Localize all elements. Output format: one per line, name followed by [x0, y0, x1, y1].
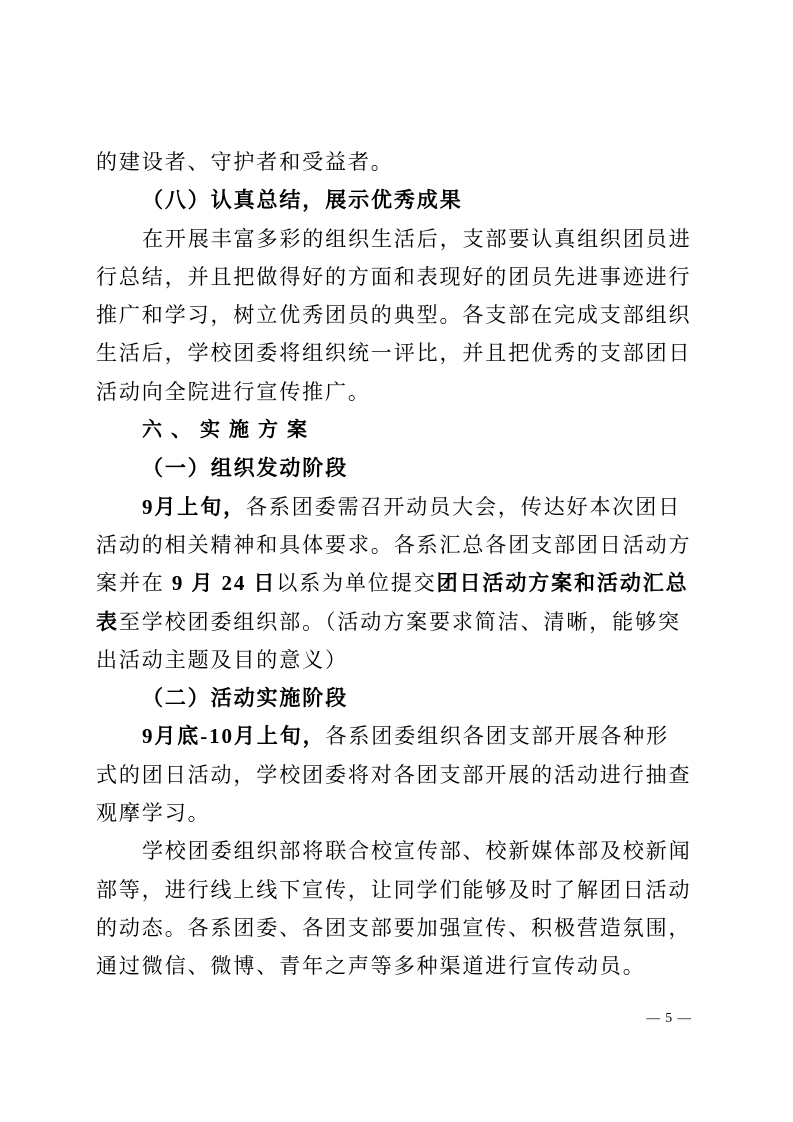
heading-line: （一）组织发动阶段: [96, 449, 696, 487]
text-line: 学校团委组织部将联合校宣传部、校新媒体部及校新闻: [96, 832, 696, 870]
heading-line: （八）认真总结，展示优秀成果: [96, 181, 696, 219]
text-run: 9月底-10月上旬，: [142, 724, 326, 748]
text-run: 表: [96, 610, 119, 634]
text-line: 式的团日活动，学校团委将对各团支部开展的活动进行抽查: [96, 756, 696, 794]
text-line: 活动的相关精神和具体要求。各系汇总各团支部团日活动方: [96, 526, 696, 564]
text-run: 式的团日活动，学校团委将对各团支部开展的活动进行抽查: [96, 763, 691, 787]
text-line: 9月上旬，各系团委需召开动员大会，传达好本次团日: [96, 488, 696, 526]
text-run: 活动向全院进行宣传推广。: [96, 380, 371, 404]
document-page: 的建设者、守护者和受益者。（八）认真总结，展示优秀成果在开展丰富多彩的组织生活后…: [0, 0, 793, 1122]
text-line: 活动向全院进行宣传推广。: [96, 373, 696, 411]
heading-line: 六、实施方案: [96, 411, 696, 449]
text-run: 的建设者、守护者和受益者。: [96, 150, 394, 174]
text-run: 各系团委需召开动员大会，传达好本次团日: [246, 495, 681, 519]
document-body: 的建设者、守护者和受益者。（八）认真总结，展示优秀成果在开展丰富多彩的组织生活后…: [96, 143, 696, 986]
text-run: 各系团委组织各团支部开展各种形: [326, 724, 670, 748]
page-number: — 5 —: [647, 1010, 693, 1026]
text-run: 生活后，学校团委将组织统一评比，并且把优秀的支部团日: [96, 341, 691, 365]
text-run: 通过微信、微博、青年之声等多种渠道进行宣传动员。: [96, 954, 646, 978]
text-line: 9月底-10月上旬，各系团委组织各团支部开展各种形: [96, 717, 696, 755]
text-line: 部等，进行线上线下宣传，让同学们能够及时了解团日活动: [96, 871, 696, 909]
text-line: 行总结，并且把做得好的方面和表现好的团员先进事迹进行: [96, 258, 696, 296]
text-run: 9月上旬，: [142, 495, 246, 519]
text-run: 以系为单位提交: [276, 571, 436, 595]
text-run: 至学校团委组织部。（活动方案要求简洁、清晰，能够突: [119, 610, 681, 634]
text-line: 的建设者、守护者和受益者。: [96, 143, 696, 181]
text-line: 在开展丰富多彩的组织生活后，支部要认真组织团员进: [96, 220, 696, 258]
text-run: 的动态。各系团委、各团支部要加强宣传、积极营造氛围，: [96, 916, 691, 940]
text-run: 9 月 24 日: [172, 571, 276, 595]
text-run: 活动的相关精神和具体要求。各系汇总各团支部团日活动方: [96, 533, 691, 557]
text-run: 出活动主题及目的意义）: [96, 648, 348, 672]
text-run: 团日活动方案和活动汇总: [437, 571, 689, 595]
text-line: 通过微信、微博、青年之声等多种渠道进行宣传动员。: [96, 947, 696, 985]
text-run: 推广和学习，树立优秀团员的典型。各支部在完成支部组织: [96, 303, 691, 327]
text-run: （八）认真总结，展示优秀成果: [142, 188, 463, 212]
text-run: 案并在: [96, 571, 172, 595]
text-run: 学校团委组织部将联合校宣传部、校新媒体部及校新闻: [142, 839, 692, 863]
text-line: 出活动主题及目的意义）: [96, 641, 696, 679]
text-line: 观摩学习。: [96, 794, 696, 832]
text-line: 生活后，学校团委将组织统一评比，并且把优秀的支部团日: [96, 334, 696, 372]
text-run: 行总结，并且把做得好的方面和表现好的团员先进事迹进行: [96, 265, 691, 289]
text-run: （二）活动实施阶段: [142, 686, 348, 710]
text-line: 案并在 9 月 24 日以系为单位提交团日活动方案和活动汇总: [96, 564, 696, 602]
text-run: 观摩学习。: [96, 801, 211, 825]
text-line: 表至学校团委组织部。（活动方案要求简洁、清晰，能够突: [96, 603, 696, 641]
text-run: 六、实施方案: [142, 419, 316, 441]
text-line: 的动态。各系团委、各团支部要加强宣传、积极营造氛围，: [96, 909, 696, 947]
text-run: 在开展丰富多彩的组织生活后，支部要认真组织团员进: [142, 227, 692, 251]
heading-line: （二）活动实施阶段: [96, 679, 696, 717]
text-run: 部等，进行线上线下宣传，让同学们能够及时了解团日活动: [96, 878, 691, 902]
text-line: 推广和学习，树立优秀团员的典型。各支部在完成支部组织: [96, 296, 696, 334]
text-run: （一）组织发动阶段: [142, 456, 348, 480]
